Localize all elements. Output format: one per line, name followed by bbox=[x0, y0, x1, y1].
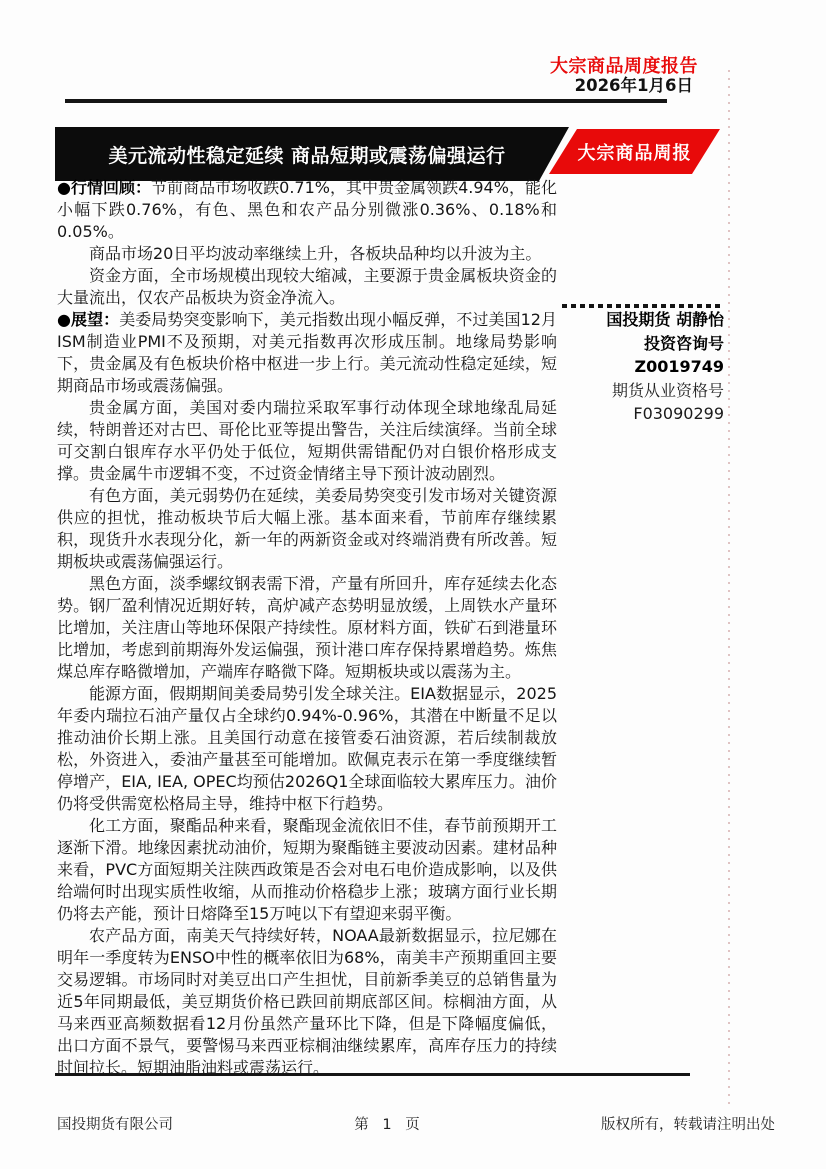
footer-rule bbox=[55, 1073, 690, 1076]
paragraph-text: 有色方面，美元弱势仍在延续，美委局势突变引发市场对关键资源供应的担忧，推动板块节… bbox=[57, 486, 557, 571]
paragraph-nonferrous: 有色方面，美元弱势仍在延续，美委局势突变引发市场对关键资源供应的担忧，推动板块节… bbox=[57, 485, 557, 573]
paragraph-funds-flow: 资金方面，全市场规模出现较大缩减，主要源于贵金属板块资金的大量流出，仅农产品板块… bbox=[57, 265, 557, 309]
footer-company: 国投期货有限公司 bbox=[57, 1113, 173, 1134]
paragraph-text: 化工方面，聚酯品种来看，聚酯现金流依旧不佳，春节前预期开工逐渐下滑。地缘因素扰动… bbox=[57, 816, 557, 923]
analyst-name: 国投期货 胡静怡 bbox=[562, 308, 724, 332]
headline-text: 美元流动性稳定延续 商品短期或震荡偏强运行 bbox=[108, 141, 505, 168]
paragraph-text: 美委局势突变影响下，美元指数出现小幅反弹，不过美国12月ISM制造业PMI不及预… bbox=[57, 310, 557, 395]
paragraph-market-review: ●行情回顾：节前商品市场收跌0.71%，其中贵金属领跌4.94%，能化小幅下跌0… bbox=[57, 177, 557, 243]
license-number: Z0019749 bbox=[562, 355, 724, 379]
paragraph-energy: 能源方面，假期期间美委局势引发全球关注。EIA数据显示，2025年委内瑞拉石油产… bbox=[57, 683, 557, 815]
weekly-report-tab-label: 大宗商品周报 bbox=[578, 139, 692, 165]
qualification-label: 期货从业资格号 bbox=[562, 379, 724, 403]
paragraph-agriculture: 农产品方面，南美天气持续好转，NOAA最新数据显示，拉尼娜在明年一季度转为ENS… bbox=[57, 925, 557, 1079]
paragraph-text: 能源方面，假期期间美委局势引发全球关注。EIA数据显示，2025年委内瑞拉石油产… bbox=[57, 684, 557, 813]
header-rule bbox=[65, 99, 667, 103]
paragraph-volatility: 商品市场20日平均波动率继续上升，各板块品种均以升波为主。 bbox=[57, 243, 557, 265]
analyst-info-panel: 国投期货 胡静怡 投资咨询号 Z0019749 期货从业资格号 F0309029… bbox=[562, 304, 724, 426]
section-label-outlook: ●展望： bbox=[57, 310, 119, 329]
footer-copyright: 版权所有，转载请注明出处 bbox=[601, 1113, 775, 1134]
paragraph-ferrous: 黑色方面，淡季螺纹钢表需下滑，产量有所回升，库存延续去化态势。钢厂盈利情况近期好… bbox=[57, 573, 557, 683]
paragraph-text: 贵金属方面，美国对委内瑞拉采取军事行动体现全球地缘乱局延续，特朗普还对古巴、哥伦… bbox=[57, 398, 557, 483]
license-label: 投资咨询号 bbox=[562, 332, 724, 356]
paragraph-outlook: ●展望：美委局势突变影响下，美元指数出现小幅反弹，不过美国12月ISM制造业PM… bbox=[57, 309, 557, 397]
paragraph-text: 商品市场20日平均波动率继续上升，各板块品种均以升波为主。 bbox=[89, 244, 541, 263]
paragraph-text: 黑色方面，淡季螺纹钢表需下滑，产量有所回升，库存延续去化态势。钢厂盈利情况近期好… bbox=[57, 574, 557, 681]
paragraph-text: 资金方面，全市场规模出现较大缩减，主要源于贵金属板块资金的大量流出，仅农产品板块… bbox=[57, 266, 557, 307]
report-page: 大宗商品周度报告 2026年1月6日 美元流动性稳定延续 商品短期或震荡偏强运行… bbox=[0, 0, 826, 1169]
page-footer: 国投期货有限公司 第 1 页 版权所有，转载请注明出处 bbox=[57, 1113, 775, 1134]
headline-banner: 美元流动性稳定延续 商品短期或震荡偏强运行 bbox=[55, 127, 569, 181]
margin-dotted-line bbox=[728, 70, 730, 1106]
paragraph-chemicals: 化工方面，聚酯品种来看，聚酯现金流依旧不佳，春节前预期开工逐渐下滑。地缘因素扰动… bbox=[57, 815, 557, 925]
qualification-number: F03090299 bbox=[562, 402, 724, 426]
weekly-report-tab: 大宗商品周报 bbox=[549, 129, 720, 174]
section-label-market-review: ●行情回顾： bbox=[57, 178, 151, 197]
footer-page-number: 第 1 页 bbox=[354, 1113, 419, 1134]
report-date: 2026年1月6日 bbox=[575, 72, 693, 96]
paragraph-precious-metals: 贵金属方面，美国对委内瑞拉采取军事行动体现全球地缘乱局延续，特朗普还对古巴、哥伦… bbox=[57, 397, 557, 485]
paragraph-text: 农产品方面，南美天气持续好转，NOAA最新数据显示，拉尼娜在明年一季度转为ENS… bbox=[57, 926, 557, 1077]
report-body: ●行情回顾：节前商品市场收跌0.71%，其中贵金属领跌4.94%，能化小幅下跌0… bbox=[57, 177, 557, 1079]
